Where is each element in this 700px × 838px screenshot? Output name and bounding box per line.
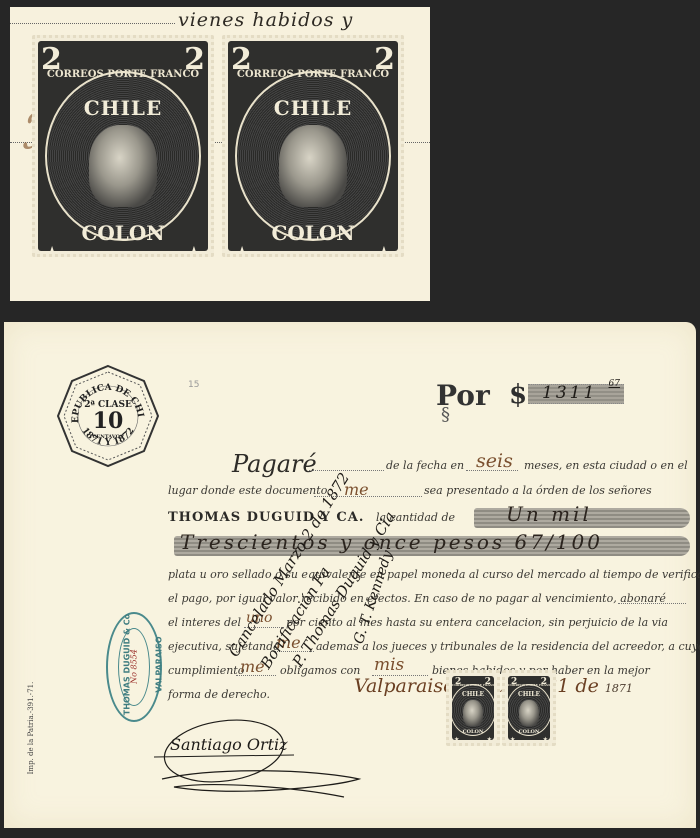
body-text: por ciento al mes hasta su entera cancel… bbox=[286, 616, 668, 629]
star-icon: ★ bbox=[454, 736, 459, 740]
signature-flourish-icon bbox=[154, 717, 364, 807]
tax-seal-republica-de-chile: REPUBLICA DE CHILE 1871 Y 1872 2ª CLASE … bbox=[56, 364, 160, 468]
star-icon: ★ bbox=[44, 243, 60, 251]
body-text: sea presentado a la órden de los señores bbox=[424, 484, 652, 497]
seal-value: 10 bbox=[56, 408, 160, 434]
star-icon: ★ bbox=[510, 736, 515, 740]
body-text: forma de derecho. bbox=[168, 688, 270, 701]
dotted-rule bbox=[10, 23, 175, 24]
columbus-portrait-icon bbox=[519, 700, 539, 726]
stamp-country: CHILE bbox=[452, 691, 494, 698]
amount-value: 1311 bbox=[542, 383, 597, 403]
dotted-rule bbox=[618, 603, 686, 604]
star-icon: ★ bbox=[376, 243, 392, 251]
seal-city: VALPARAISO bbox=[155, 610, 164, 720]
stamp-chile-2c-large: 2 2 CORREOS PORTE FRANCO CHILE COLON DOS… bbox=[222, 35, 404, 257]
seal-unit: CENTAVOS bbox=[56, 434, 160, 440]
document-title: Pagaré bbox=[232, 450, 317, 478]
handwritten-fill: Trescientos y once pesos 67/100 bbox=[180, 530, 603, 554]
printer-imprint: Imp. de la Patria.-391.-71. bbox=[27, 673, 35, 783]
body-text: plata u oro sellado o su equivalente en … bbox=[168, 568, 700, 581]
star-icon: ★ bbox=[487, 736, 492, 740]
handwritten-fill: mis bbox=[374, 655, 404, 675]
body-text: cumplimiento bbox=[168, 664, 244, 677]
payee-name: THOMAS DUGUID Y CA. bbox=[168, 510, 364, 525]
stamp-top-text: CORREOS PORTE FRANCO bbox=[228, 69, 398, 80]
body-text: de la fecha en bbox=[386, 459, 464, 472]
stamp-top-text: CORREOS PORTE FRANCO bbox=[508, 683, 550, 687]
handwritten-fill: Un mil bbox=[506, 502, 592, 526]
stamp-name: COLON bbox=[508, 729, 550, 735]
promissory-note-document: REPUBLICA DE CHILE 1871 Y 1872 2ª CLASE … bbox=[4, 322, 696, 828]
pencil-note: 15 bbox=[188, 380, 199, 390]
seal-number: No 8554 bbox=[130, 637, 139, 697]
stamp-chile-2c-small: 2 2 CORREOS PORTE FRANCO CHILE COLON DOS… bbox=[502, 670, 556, 746]
stamp-country: CHILE bbox=[38, 96, 208, 120]
body-text: obligamos con bbox=[280, 664, 360, 677]
star-icon: ★ bbox=[186, 243, 202, 251]
body-text: meses, en esta ciudad o en el bbox=[524, 459, 688, 472]
signature-name: Santiago Ortiz bbox=[170, 735, 288, 754]
currency-symbol: $ bbox=[509, 380, 527, 410]
stamp-name: COLON bbox=[228, 221, 398, 245]
place-date-year: 1871 bbox=[605, 682, 633, 695]
stamp-enlargement-panel: vienes habidos y ℐ vn mi bienes 2 2 CORR… bbox=[10, 7, 430, 301]
stamp-chile-2c-small: 2 2 CORREOS PORTE FRANCO CHILE COLON DOS… bbox=[446, 670, 500, 746]
handwritten-fill: seis bbox=[476, 450, 513, 472]
body-text: lugar donde este documento bbox=[168, 484, 327, 497]
stamp-chile-2c-large: 2 2 CORREOS PORTE FRANCO CHILE COLON DOS… bbox=[32, 35, 214, 257]
star-icon: ★ bbox=[234, 243, 250, 251]
stamp-country: CHILE bbox=[508, 691, 550, 698]
star-icon: ★ bbox=[543, 736, 548, 740]
body-text: ademas a los jueces y tribunales de la r… bbox=[316, 640, 700, 653]
columbus-portrait-icon bbox=[279, 125, 347, 207]
body-text: el interes del bbox=[168, 616, 241, 629]
stamp-top-text: CORREOS PORTE FRANCO bbox=[452, 683, 494, 687]
columbus-portrait-icon bbox=[89, 125, 157, 207]
signature: Santiago Ortiz bbox=[154, 717, 364, 807]
dotted-rule bbox=[309, 470, 384, 471]
handwriting-fragment: vienes habidos y bbox=[178, 9, 353, 31]
columbus-portrait-icon bbox=[463, 700, 483, 726]
body-text: el pago, por igual valor recibido en efe… bbox=[168, 592, 666, 605]
stamp-name: COLON bbox=[452, 729, 494, 735]
amount-field: 1311 67 bbox=[528, 384, 624, 404]
stamp-name: COLON bbox=[38, 221, 208, 245]
amount-cents: 67 bbox=[609, 379, 620, 389]
stamp-country: CHILE bbox=[228, 96, 398, 120]
stamp-top-text: CORREOS PORTE FRANCO bbox=[38, 69, 208, 80]
company-handstamp-seal: THOMAS DUGUID & Co VALPARAISO No 8554 bbox=[106, 612, 162, 722]
ornament-scroll-icon: § bbox=[441, 404, 450, 425]
